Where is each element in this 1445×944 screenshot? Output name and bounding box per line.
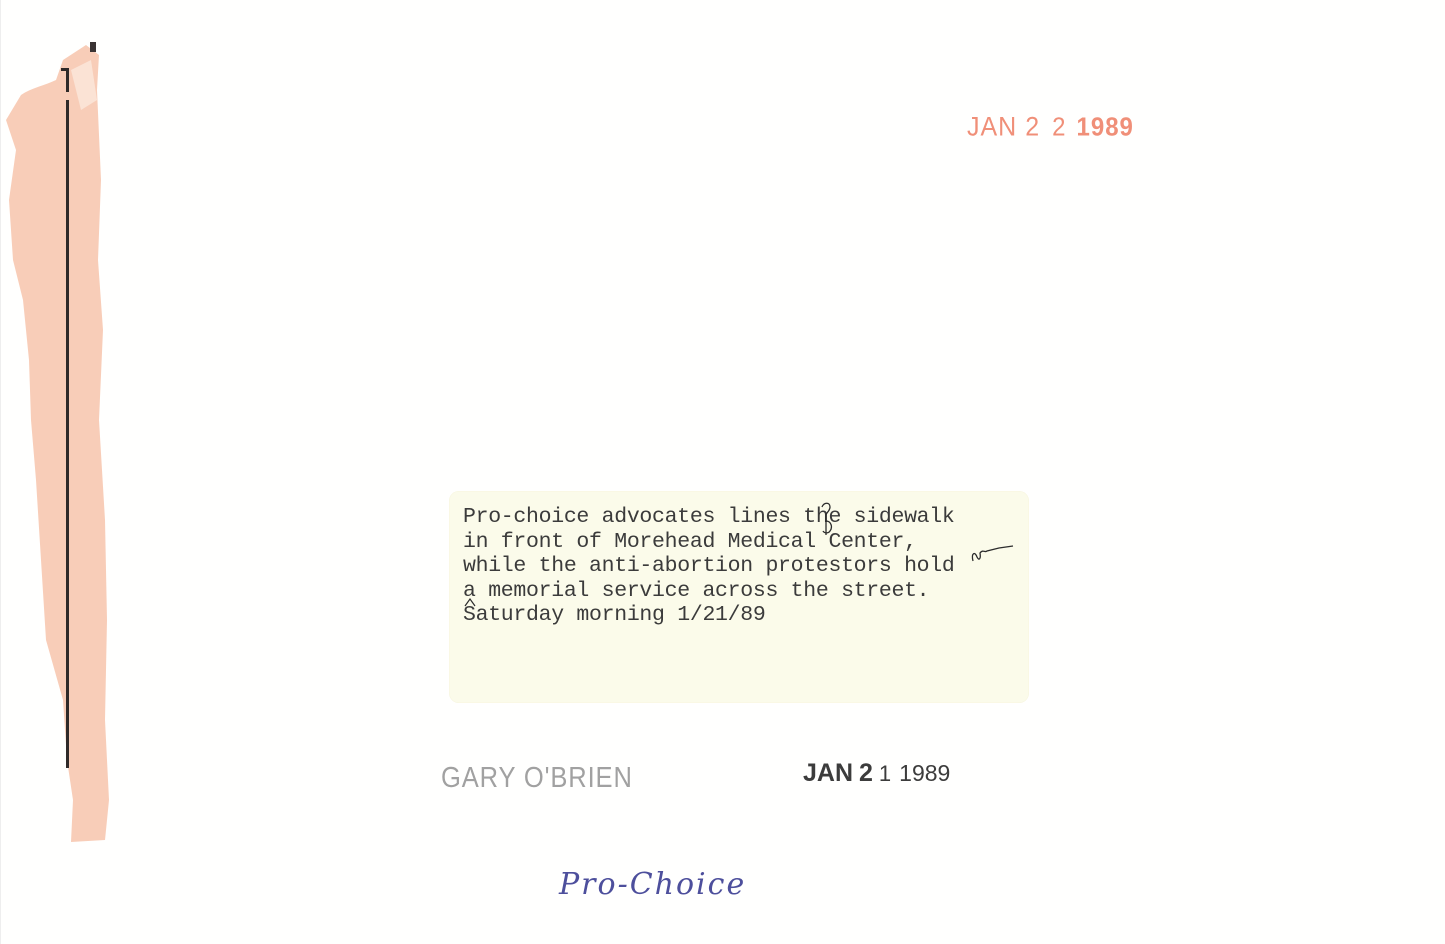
caption-text: Pro-choice advocates lines the sidewalk … [463, 505, 954, 628]
stamp-month: JAN [967, 112, 1017, 142]
caption-label: Pro-choice advocates lines the sidewalk … [449, 491, 1029, 703]
handwritten-note: Pro-Choice [559, 867, 746, 902]
stamp-day-1: 2 [1025, 112, 1040, 142]
received-date-stamp: JAN221989 [967, 112, 1134, 143]
stamp-day-2: 2 [1052, 113, 1066, 142]
caption-line: a memorial service across the street. [463, 579, 929, 603]
delete-mark-icon [818, 501, 834, 539]
caption-line: Saturday morning 1/21/89 [463, 603, 765, 627]
stamp-year: 1989 [1077, 113, 1134, 142]
photo-back-page: JAN221989 Pro-choice advocates lines the… [0, 0, 1445, 944]
caption-line: while the anti-abortion protestors hold [463, 554, 954, 578]
caption-line: in front of Morehead Medical Center, [463, 530, 917, 554]
photographer-stamp: GARY O'BRIEN [441, 762, 633, 795]
insert-or-mark-icon [969, 543, 1017, 565]
tape-strip [1, 0, 131, 944]
caption-line: Pro-choice advocates lines the sidewalk [463, 505, 954, 529]
stamp-month: JAN [803, 759, 853, 787]
tape-strip-shape [1, 0, 131, 944]
stamp-year: 1989 [899, 760, 950, 786]
caret-mark-icon [463, 597, 477, 607]
photo-date-stamp: JAN211989 [803, 759, 950, 788]
stamp-day-2: 1 [879, 761, 891, 786]
stamp-day-1: 2 [859, 759, 873, 787]
